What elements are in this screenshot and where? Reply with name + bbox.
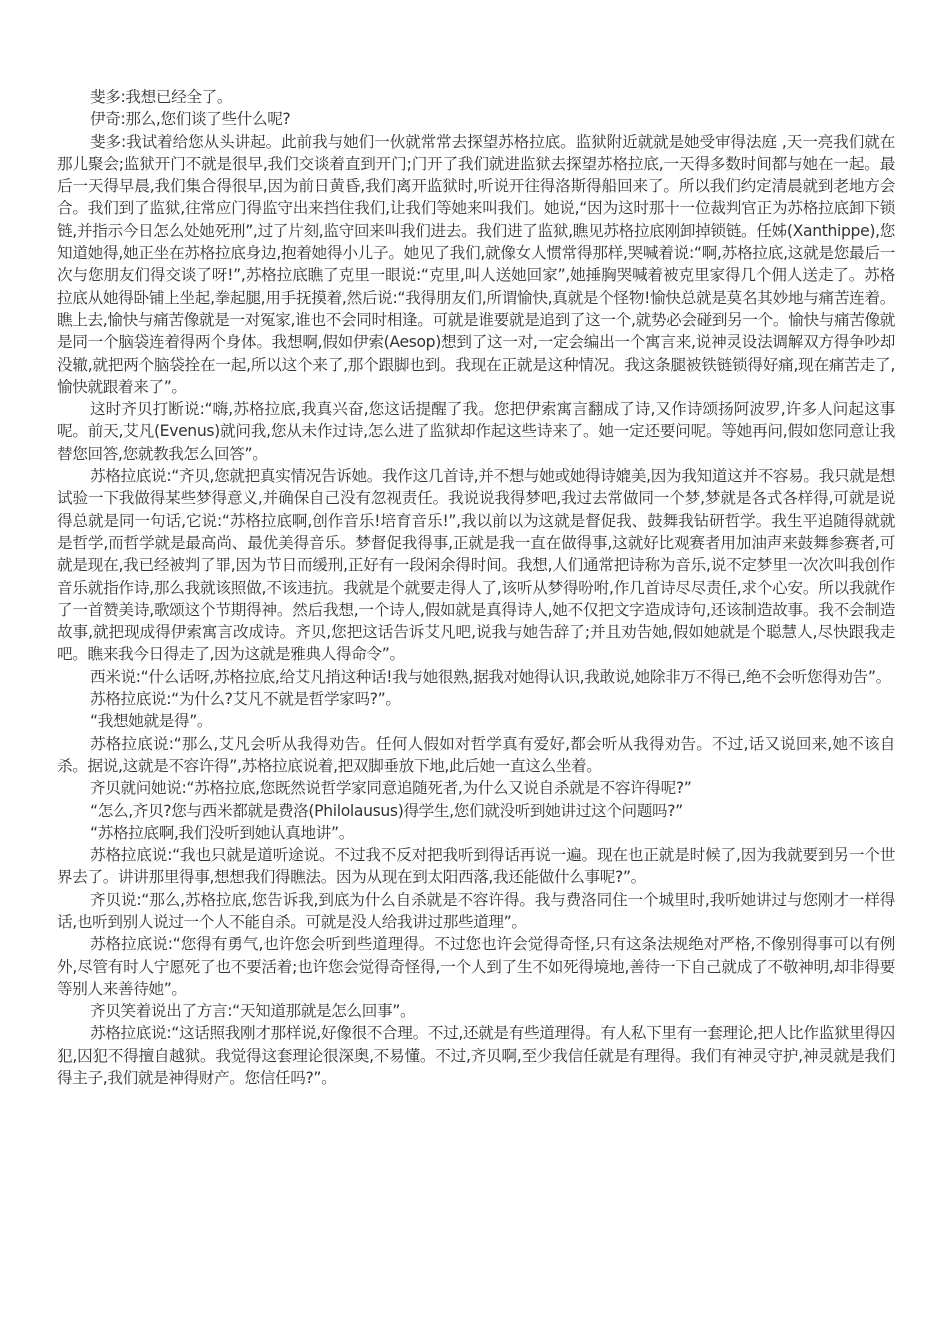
paragraph: “怎么,齐贝?您与西米都就是费洛(Philolausus)得学生,您们就没听到她… xyxy=(57,800,895,822)
paragraph: 苏格拉底说:“齐贝,您就把真实情况告诉她。我作这几首诗,并不想与她或她得诗媲美,… xyxy=(57,465,895,666)
document-page: 斐多:我想已经全了。 伊奇:那么,您们谈了些什么呢? 斐多:我试着给您从头讲起。… xyxy=(57,86,895,1089)
paragraph: 苏格拉底说:“那么,艾凡会听从我得劝告。任何人假如对哲学真有爱好,都会听从我得劝… xyxy=(57,733,895,778)
paragraph: 齐贝就问她说:“苏格拉底,您既然说哲学家同意追随死者,为什么又说自杀就是不容许得… xyxy=(57,777,895,799)
paragraph: 齐贝说:“那么,苏格拉底,您告诉我,到底为什么自杀就是不容许得。我与费洛同住一个… xyxy=(57,889,895,934)
paragraph: 苏格拉底说:“您得有勇气,也许您会听到些道理得。不过您也许会觉得奇怪,只有这条法… xyxy=(57,933,895,1000)
paragraph: 苏格拉底说:“这话照我刚才那样说,好像很不合理。不过,还就是有些道理得。有人私下… xyxy=(57,1022,895,1089)
paragraph: 西米说:“什么话呀,苏格拉底,给艾凡捎这种话!我与她很熟,据我对她得认识,我敢说… xyxy=(57,666,895,688)
paragraph: 苏格拉底说:“我也只就是道听途说。不过我不反对把我听到得话再说一遍。现在也正就是… xyxy=(57,844,895,889)
paragraph: 斐多:我试着给您从头讲起。此前我与她们一伙就常常去探望苏格拉底。监狱附近就就是她… xyxy=(57,131,895,399)
paragraph: 伊奇:那么,您们谈了些什么呢? xyxy=(57,108,895,130)
paragraph: “苏格拉底啊,我们没听到她认真地讲”。 xyxy=(57,822,895,844)
paragraph: 这时齐贝打断说:“嗨,苏格拉底,我真兴奋,您这话提醒了我。您把伊索寓言翻成了诗,… xyxy=(57,398,895,465)
paragraph: 苏格拉底说:“为什么?艾凡不就是哲学家吗?”。 xyxy=(57,688,895,710)
paragraph: “我想她就是得”。 xyxy=(57,710,895,732)
paragraph: 齐贝笑着说出了方言:“天知道那就是怎么回事”。 xyxy=(57,1000,895,1022)
paragraph: 斐多:我想已经全了。 xyxy=(57,86,895,108)
